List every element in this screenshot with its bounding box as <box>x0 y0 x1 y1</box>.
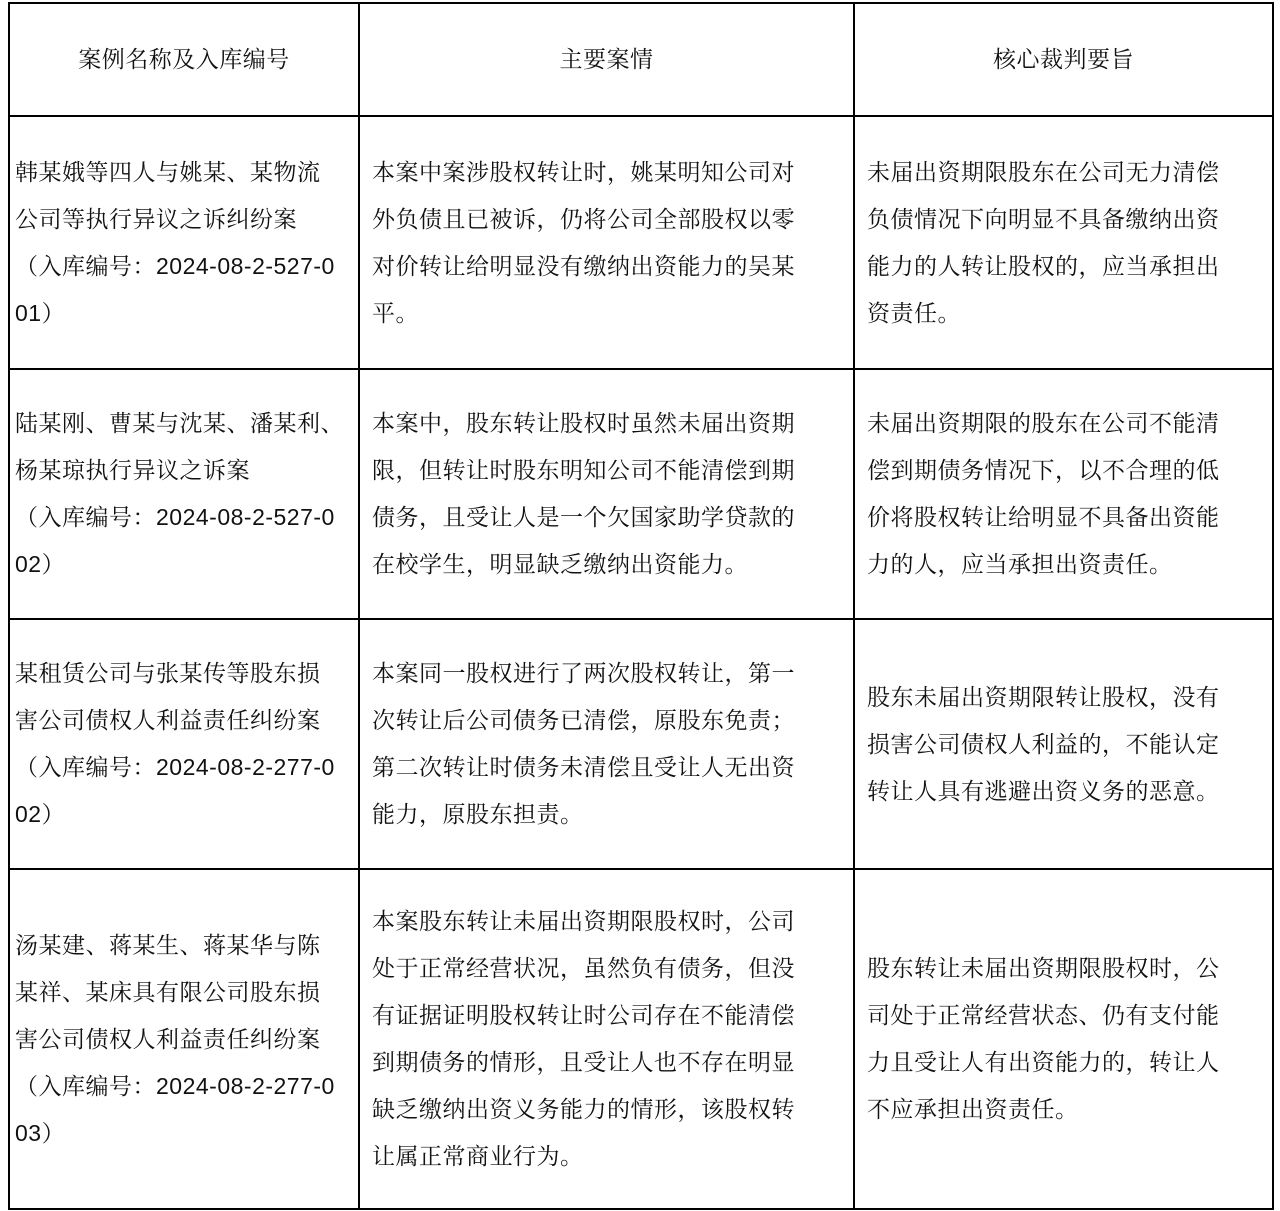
header-cell-case-facts: 主要案情 <box>359 3 854 116</box>
document-page: 案例名称及入库编号 主要案情 核心裁判要旨 韩某娥等四人与姚某、某物流 公司等执… <box>0 0 1280 1211</box>
core-holding-cell: 股东未届出资期限转让股权，没有 损害公司债权人利益的，不能认定 转让人具有逃避出… <box>854 619 1273 869</box>
case-facts-cell: 本案中案涉股权转让时，姚某明知公司对 外负债且已被诉，仍将公司全部股权以零 对价… <box>359 116 854 369</box>
header-cell-core-holding: 核心裁判要旨 <box>854 3 1273 116</box>
case-name-cell: 某租赁公司与张某传等股东损 害公司债权人利益责任纠纷案 （入库编号：2024-0… <box>9 619 359 869</box>
case-name-cell: 陆某刚、曹某与沈某、潘某利、 杨某琼执行异议之诉案 （入库编号：2024-08-… <box>9 369 359 619</box>
table-row: 某租赁公司与张某传等股东损 害公司债权人利益责任纠纷案 （入库编号：2024-0… <box>9 619 1273 869</box>
header-row: 案例名称及入库编号 主要案情 核心裁判要旨 <box>9 3 1273 116</box>
core-holding-cell: 股东转让未届出资期限股权时，公 司处于正常经营状态、仍有支付能 力且受让人有出资… <box>854 869 1273 1209</box>
case-facts-cell: 本案同一股权进行了两次股权转让，第一 次转让后公司债务已清偿，原股东免责； 第二… <box>359 619 854 869</box>
table-row: 韩某娥等四人与姚某、某物流 公司等执行异议之诉纠纷案 （入库编号：2024-08… <box>9 116 1273 369</box>
core-holding-cell: 未届出资期限股东在公司无力清偿 负债情况下向明显不具备缴纳出资 能力的人转让股权… <box>854 116 1273 369</box>
case-facts-cell: 本案股东转让未届出资期限股权时，公司 处于正常经营状况，虽然负有债务，但没 有证… <box>359 869 854 1209</box>
table-row: 陆某刚、曹某与沈某、潘某利、 杨某琼执行异议之诉案 （入库编号：2024-08-… <box>9 369 1273 619</box>
table-row: 汤某建、蒋某生、蒋某华与陈 某祥、某床具有限公司股东损 害公司债权人利益责任纠纷… <box>9 869 1273 1209</box>
header-cell-case-name: 案例名称及入库编号 <box>9 3 359 116</box>
case-name-cell: 汤某建、蒋某生、蒋某华与陈 某祥、某床具有限公司股东损 害公司债权人利益责任纠纷… <box>9 869 359 1209</box>
case-facts-cell: 本案中，股东转让股权时虽然未届出资期 限，但转让时股东明知公司不能清偿到期 债务… <box>359 369 854 619</box>
core-holding-cell: 未届出资期限的股东在公司不能清 偿到期债务情况下，以不合理的低 价将股权转让给明… <box>854 369 1273 619</box>
case-name-cell: 韩某娥等四人与姚某、某物流 公司等执行异议之诉纠纷案 （入库编号：2024-08… <box>9 116 359 369</box>
case-summary-table: 案例名称及入库编号 主要案情 核心裁判要旨 韩某娥等四人与姚某、某物流 公司等执… <box>8 2 1274 1210</box>
